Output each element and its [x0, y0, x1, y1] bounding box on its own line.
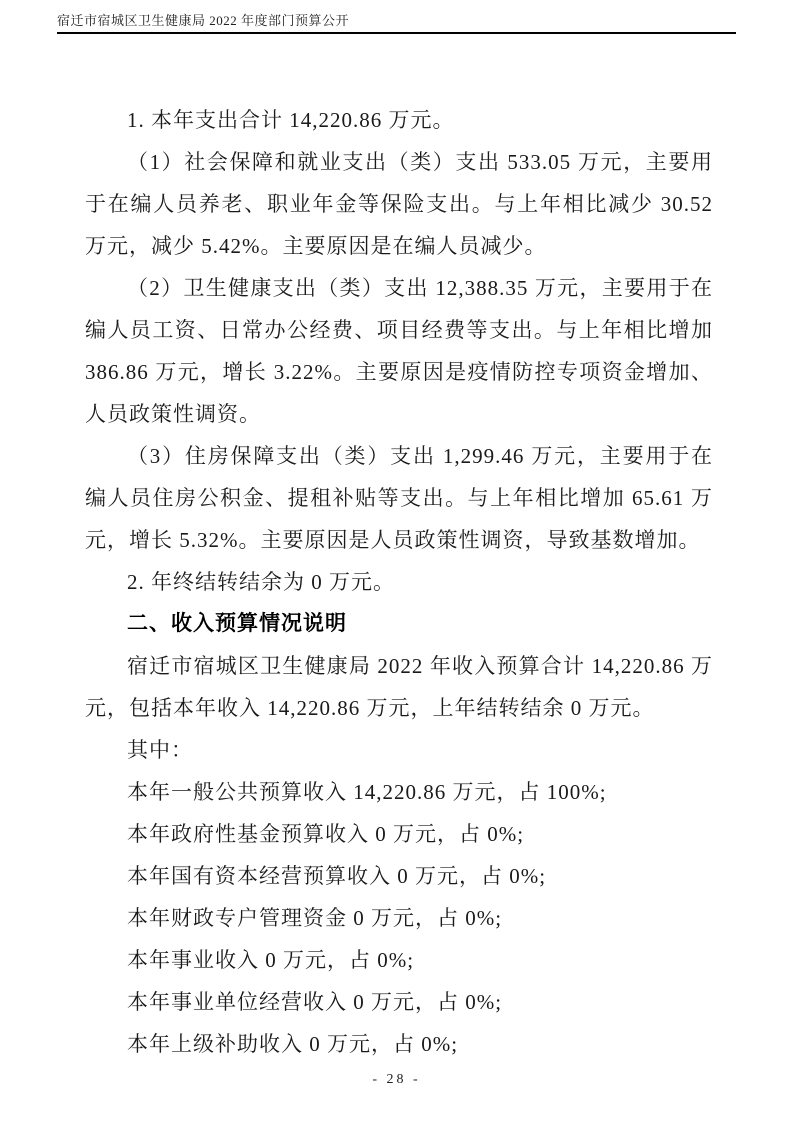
paragraph-among-which: 其中： — [85, 729, 713, 771]
paragraph-social-security-expenditure: （1）社会保障和就业支出（类）支出 533.05 万元，主要用于在编人员养老、职… — [85, 141, 713, 267]
section-heading-income-budget: 二、收入预算情况说明 — [85, 603, 713, 645]
paragraph-housing-expenditure: （3）住房保障支出（类）支出 1,299.46 万元，主要用于在编人员住房公积金… — [85, 435, 713, 561]
paragraph-expenditure-total: 1. 本年支出合计 14,220.86 万元。 — [85, 99, 713, 141]
page-footer: - 28 - — [0, 1070, 793, 1088]
income-item-institution-income: 本年事业收入 0 万元，占 0%; — [85, 939, 713, 981]
document-page: 宿迁市宿城区卫生健康局 2022 年度部门预算公开 1. 本年支出合计 14,2… — [0, 0, 793, 1122]
income-item-government-fund: 本年政府性基金预算收入 0 万元，占 0%; — [85, 813, 713, 855]
paragraph-year-end-carryover: 2. 年终结转结余为 0 万元。 — [85, 561, 713, 603]
income-item-fiscal-special-account: 本年财政专户管理资金 0 万元，占 0%; — [85, 897, 713, 939]
paragraph-income-total: 宿迁市宿城区卫生健康局 2022 年收入预算合计 14,220.86 万元，包括… — [85, 645, 713, 729]
income-item-state-capital: 本年国有资本经营预算收入 0 万元，占 0%; — [85, 855, 713, 897]
document-body: 1. 本年支出合计 14,220.86 万元。 （1）社会保障和就业支出（类）支… — [85, 99, 713, 1065]
income-item-institution-operating: 本年事业单位经营收入 0 万元，占 0%; — [85, 981, 713, 1023]
paragraph-health-expenditure: （2）卫生健康支出（类）支出 12,388.35 万元，主要用于在编人员工资、日… — [85, 267, 713, 435]
page-header: 宿迁市宿城区卫生健康局 2022 年度部门预算公开 — [57, 13, 736, 34]
income-item-general-public-budget: 本年一般公共预算收入 14,220.86 万元，占 100%; — [85, 771, 713, 813]
header-title: 宿迁市宿城区卫生健康局 2022 年度部门预算公开 — [57, 13, 736, 29]
page-number: - 28 - — [372, 1072, 420, 1087]
income-item-superior-subsidy: 本年上级补助收入 0 万元，占 0%; — [85, 1023, 713, 1065]
